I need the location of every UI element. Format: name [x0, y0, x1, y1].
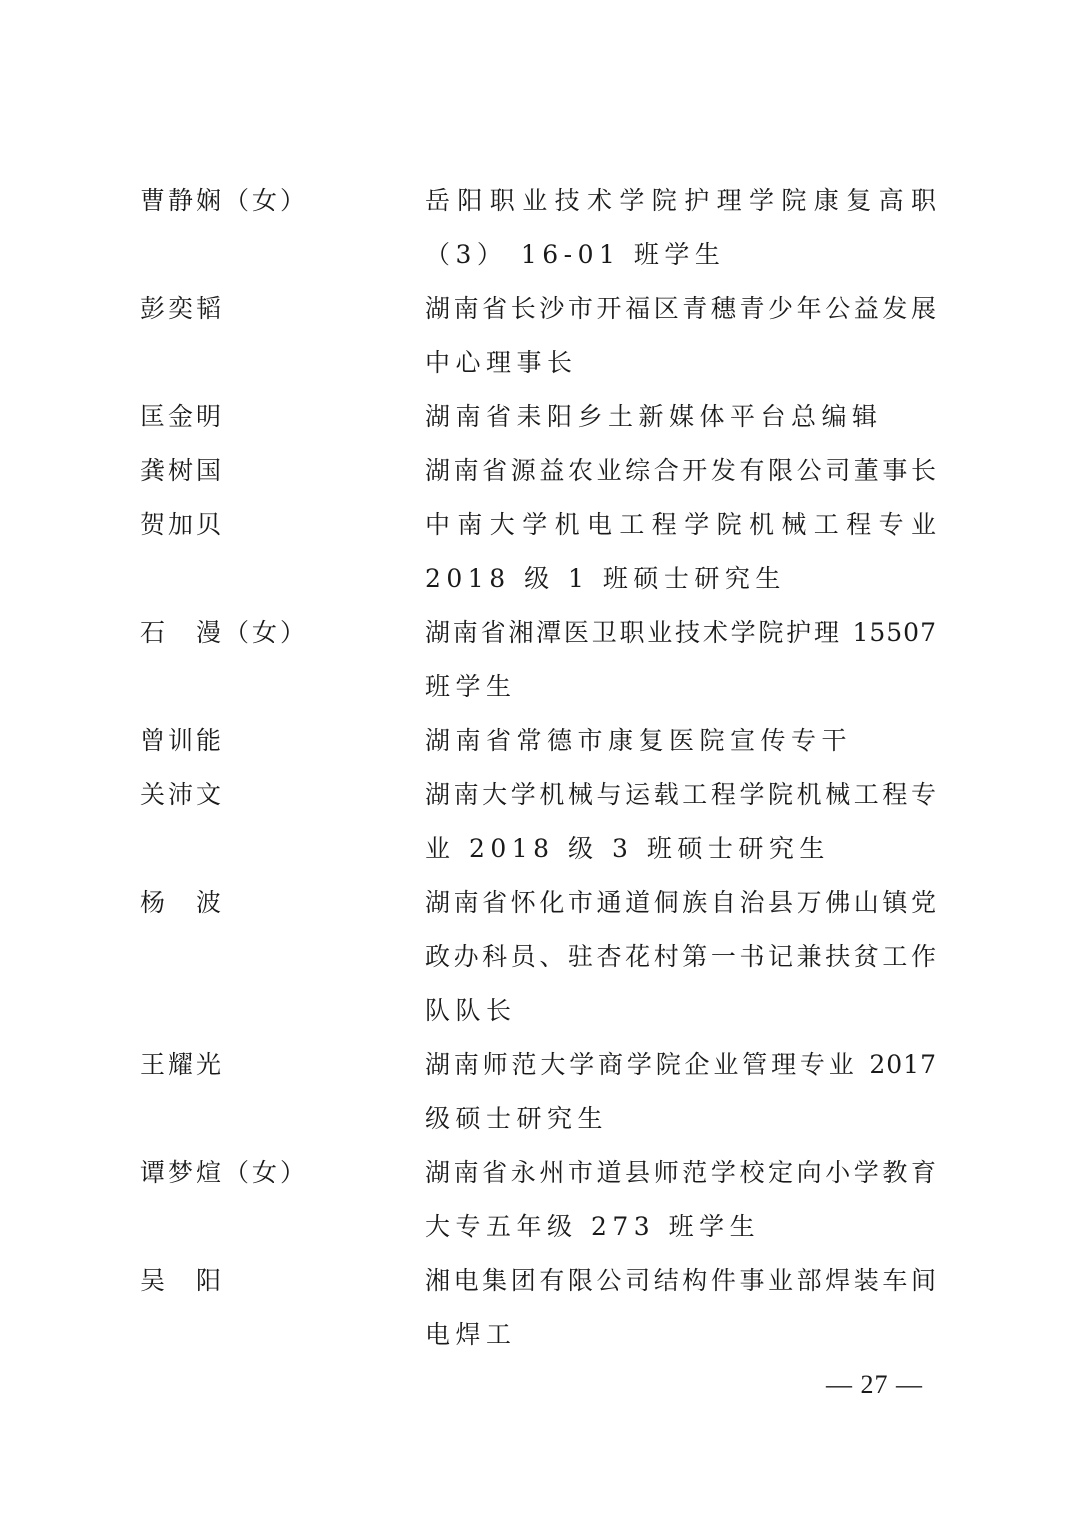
list-item: 贺加贝 中南大学机电工程学院机械工程专业 2018 级 1 班硕士研究生: [140, 498, 940, 606]
description-line: 湘电集团有限公司结构件事业部焊装车间: [425, 1254, 937, 1308]
description-line: 大专五年级 273 班学生: [425, 1200, 937, 1254]
description-line: 政办科员、驻杏花村第一书记兼扶贫工作: [425, 930, 937, 984]
description-line: 级硕士研究生: [425, 1092, 937, 1146]
list-item: 杨 波 湖南省怀化市通道侗族自治县万佛山镇党 政办科员、驻杏花村第一书记兼扶贫工…: [140, 876, 940, 1038]
list-item: 曹静娴（女） 岳阳职业技术学院护理学院康复高职 （3） 16-01 班学生: [140, 174, 940, 282]
list-item: 曾训能 湖南省常德市康复医院宣传专干: [140, 714, 940, 768]
honoree-list: 曹静娴（女） 岳阳职业技术学院护理学院康复高职 （3） 16-01 班学生 彭奕…: [140, 174, 940, 1362]
person-description: 湖南省源益农业综合开发有限公司董事长: [425, 444, 937, 498]
person-name: 王耀光: [140, 1038, 425, 1092]
person-name: 石 漫（女）: [140, 606, 425, 660]
list-item: 彭奕韬 湖南省长沙市开福区青穗青少年公益发展 中心理事长: [140, 282, 940, 390]
description-line: 湖南省常德市康复医院宣传专干: [425, 714, 937, 768]
person-description: 湘电集团有限公司结构件事业部焊装车间 电焊工: [425, 1254, 937, 1362]
person-name: 谭梦煊（女）: [140, 1146, 425, 1200]
person-name: 曹静娴（女）: [140, 174, 425, 228]
list-item: 匡金明 湖南省耒阳乡土新媒体平台总编辑: [140, 390, 940, 444]
description-line: 湖南省源益农业综合开发有限公司董事长: [425, 444, 937, 498]
list-item: 吴 阳 湘电集团有限公司结构件事业部焊装车间 电焊工: [140, 1254, 940, 1362]
person-description: 湖南省怀化市通道侗族自治县万佛山镇党 政办科员、驻杏花村第一书记兼扶贫工作 队队…: [425, 876, 937, 1038]
person-description: 湖南省耒阳乡土新媒体平台总编辑: [425, 390, 937, 444]
description-line: （3） 16-01 班学生: [425, 228, 937, 282]
description-line: 湖南省怀化市通道侗族自治县万佛山镇党: [425, 876, 937, 930]
description-line: 湖南师范大学商学院企业管理专业 2017: [425, 1038, 937, 1092]
description-line: 岳阳职业技术学院护理学院康复高职: [425, 174, 937, 228]
list-item: 王耀光 湖南师范大学商学院企业管理专业 2017 级硕士研究生: [140, 1038, 940, 1146]
person-description: 湖南大学机械与运载工程学院机械工程专 业 2018 级 3 班硕士研究生: [425, 768, 937, 876]
page-number: — 27 —: [826, 1370, 923, 1400]
description-line: 湖南省耒阳乡土新媒体平台总编辑: [425, 390, 937, 444]
description-line: 湖南省长沙市开福区青穗青少年公益发展: [425, 282, 937, 336]
description-line: 湖南大学机械与运载工程学院机械工程专: [425, 768, 937, 822]
description-line: 队队长: [425, 984, 937, 1038]
list-item: 石 漫（女） 湖南省湘潭医卫职业技术学院护理 15507 班学生: [140, 606, 940, 714]
description-line: 湖南省湘潭医卫职业技术学院护理 15507: [425, 606, 937, 660]
person-name: 匡金明: [140, 390, 425, 444]
description-line: 湖南省永州市道县师范学校定向小学教育: [425, 1146, 937, 1200]
document-page: 曹静娴（女） 岳阳职业技术学院护理学院康复高职 （3） 16-01 班学生 彭奕…: [0, 0, 1080, 1527]
list-item: 龚树国 湖南省源益农业综合开发有限公司董事长: [140, 444, 940, 498]
person-name: 曾训能: [140, 714, 425, 768]
person-description: 湖南省湘潭医卫职业技术学院护理 15507 班学生: [425, 606, 937, 714]
person-name: 吴 阳: [140, 1254, 425, 1308]
person-description: 湖南省永州市道县师范学校定向小学教育 大专五年级 273 班学生: [425, 1146, 937, 1254]
description-line: 中心理事长: [425, 336, 937, 390]
description-line: 班学生: [425, 660, 937, 714]
description-line: 2018 级 1 班硕士研究生: [425, 552, 937, 606]
person-name: 贺加贝: [140, 498, 425, 552]
description-line: 电焊工: [425, 1308, 937, 1362]
description-line: 业 2018 级 3 班硕士研究生: [425, 822, 937, 876]
person-name: 关沛文: [140, 768, 425, 822]
person-name: 彭奕韬: [140, 282, 425, 336]
person-description: 湖南省长沙市开福区青穗青少年公益发展 中心理事长: [425, 282, 937, 390]
list-item: 谭梦煊（女） 湖南省永州市道县师范学校定向小学教育 大专五年级 273 班学生: [140, 1146, 940, 1254]
person-description: 湖南师范大学商学院企业管理专业 2017 级硕士研究生: [425, 1038, 937, 1146]
person-description: 湖南省常德市康复医院宣传专干: [425, 714, 937, 768]
description-line: 中南大学机电工程学院机械工程专业: [425, 498, 937, 552]
person-name: 杨 波: [140, 876, 425, 930]
list-item: 关沛文 湖南大学机械与运载工程学院机械工程专 业 2018 级 3 班硕士研究生: [140, 768, 940, 876]
person-description: 岳阳职业技术学院护理学院康复高职 （3） 16-01 班学生: [425, 174, 937, 282]
person-name: 龚树国: [140, 444, 425, 498]
person-description: 中南大学机电工程学院机械工程专业 2018 级 1 班硕士研究生: [425, 498, 937, 606]
